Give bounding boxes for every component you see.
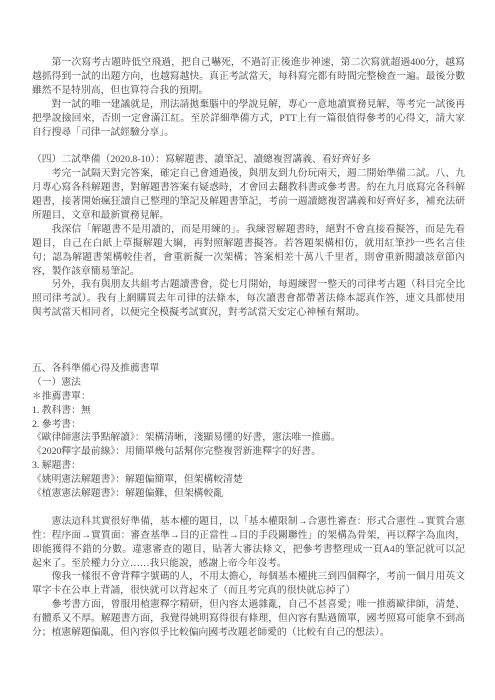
section-line: ＊推薦書單： (32, 390, 465, 404)
section-line: 2. 參考書： (32, 418, 465, 432)
paragraph: 憲法這科其實很好準備，基本權的題目，以「基本權限制→合憲性審查：形式合憲性→實質… (32, 515, 465, 571)
spacer (32, 320, 465, 362)
section-line: 《姚明憲法解題書》：解題偏簡單，但架構較清楚 (32, 473, 465, 487)
section-line: （四）二試準備（2020.8-10）：寫解題書、讀筆記、讀總複習講義、看好齊好多 (32, 153, 465, 167)
paragraph: 第一次寫考古題時低空飛過，把自己嚇死，不過訂正後進步神速，第二次寫就超過400分… (32, 56, 465, 98)
section-line: 五、各科準備心得及推薦書單 (32, 362, 465, 376)
paragraph: 我深信「解題書不是用讀的，而是用練的」。我練習解題書時，絕對不會直接看擬答，而是… (32, 223, 465, 279)
document-body: 第一次寫考古題時低空飛過，把自己嚇死，不過訂正後進步神速，第二次寫就超過400分… (32, 56, 465, 640)
document-page: 第一次寫考古題時低空飛過，把自己嚇死，不過訂正後進步神速，第二次寫就超過400分… (0, 0, 495, 700)
paragraph: 考完一試隔天對完答案，確定自己會通過後，與朋友到九份玩兩天，週二開始準備二試。八… (32, 167, 465, 223)
paragraph: 參考書方面，曾服用植憲釋字精研，但內容太過雜亂，自己不甚喜愛；唯一推薦歐律師，清… (32, 598, 465, 640)
spacer (32, 501, 465, 515)
section-line: 1. 教科書：無 (32, 404, 465, 418)
section-line: 《2020釋字最前線》：用簡單幾句話幫你完整複習新進釋字的好書。 (32, 445, 465, 459)
paragraph: 像我一樣很不會背釋字號碼的人，不用太擔心，每個基本權挑三到四個釋字，考前一個月用… (32, 570, 465, 598)
paragraph: 另外，我有與朋友共組考古題讀書會，從七月開始，每週練習一整天的司律考古題（科目完… (32, 278, 465, 320)
section-line: 《植憲憲法解題書》：解題偏難，但架構較亂 (32, 487, 465, 501)
section-line: 《歐律師憲法爭點解讀》：架構清晰，淺顯易懂的好書，憲法唯一推薦。 (32, 431, 465, 445)
section-line: 3. 解題書： (32, 459, 465, 473)
spacer (32, 139, 465, 153)
paragraph: 對一試的唯一建議就是，刑法請拋棄腦中的學說見解，專心一意地讀實務見解，等考完一試… (32, 98, 465, 140)
section-line: （一）憲法 (32, 376, 465, 390)
